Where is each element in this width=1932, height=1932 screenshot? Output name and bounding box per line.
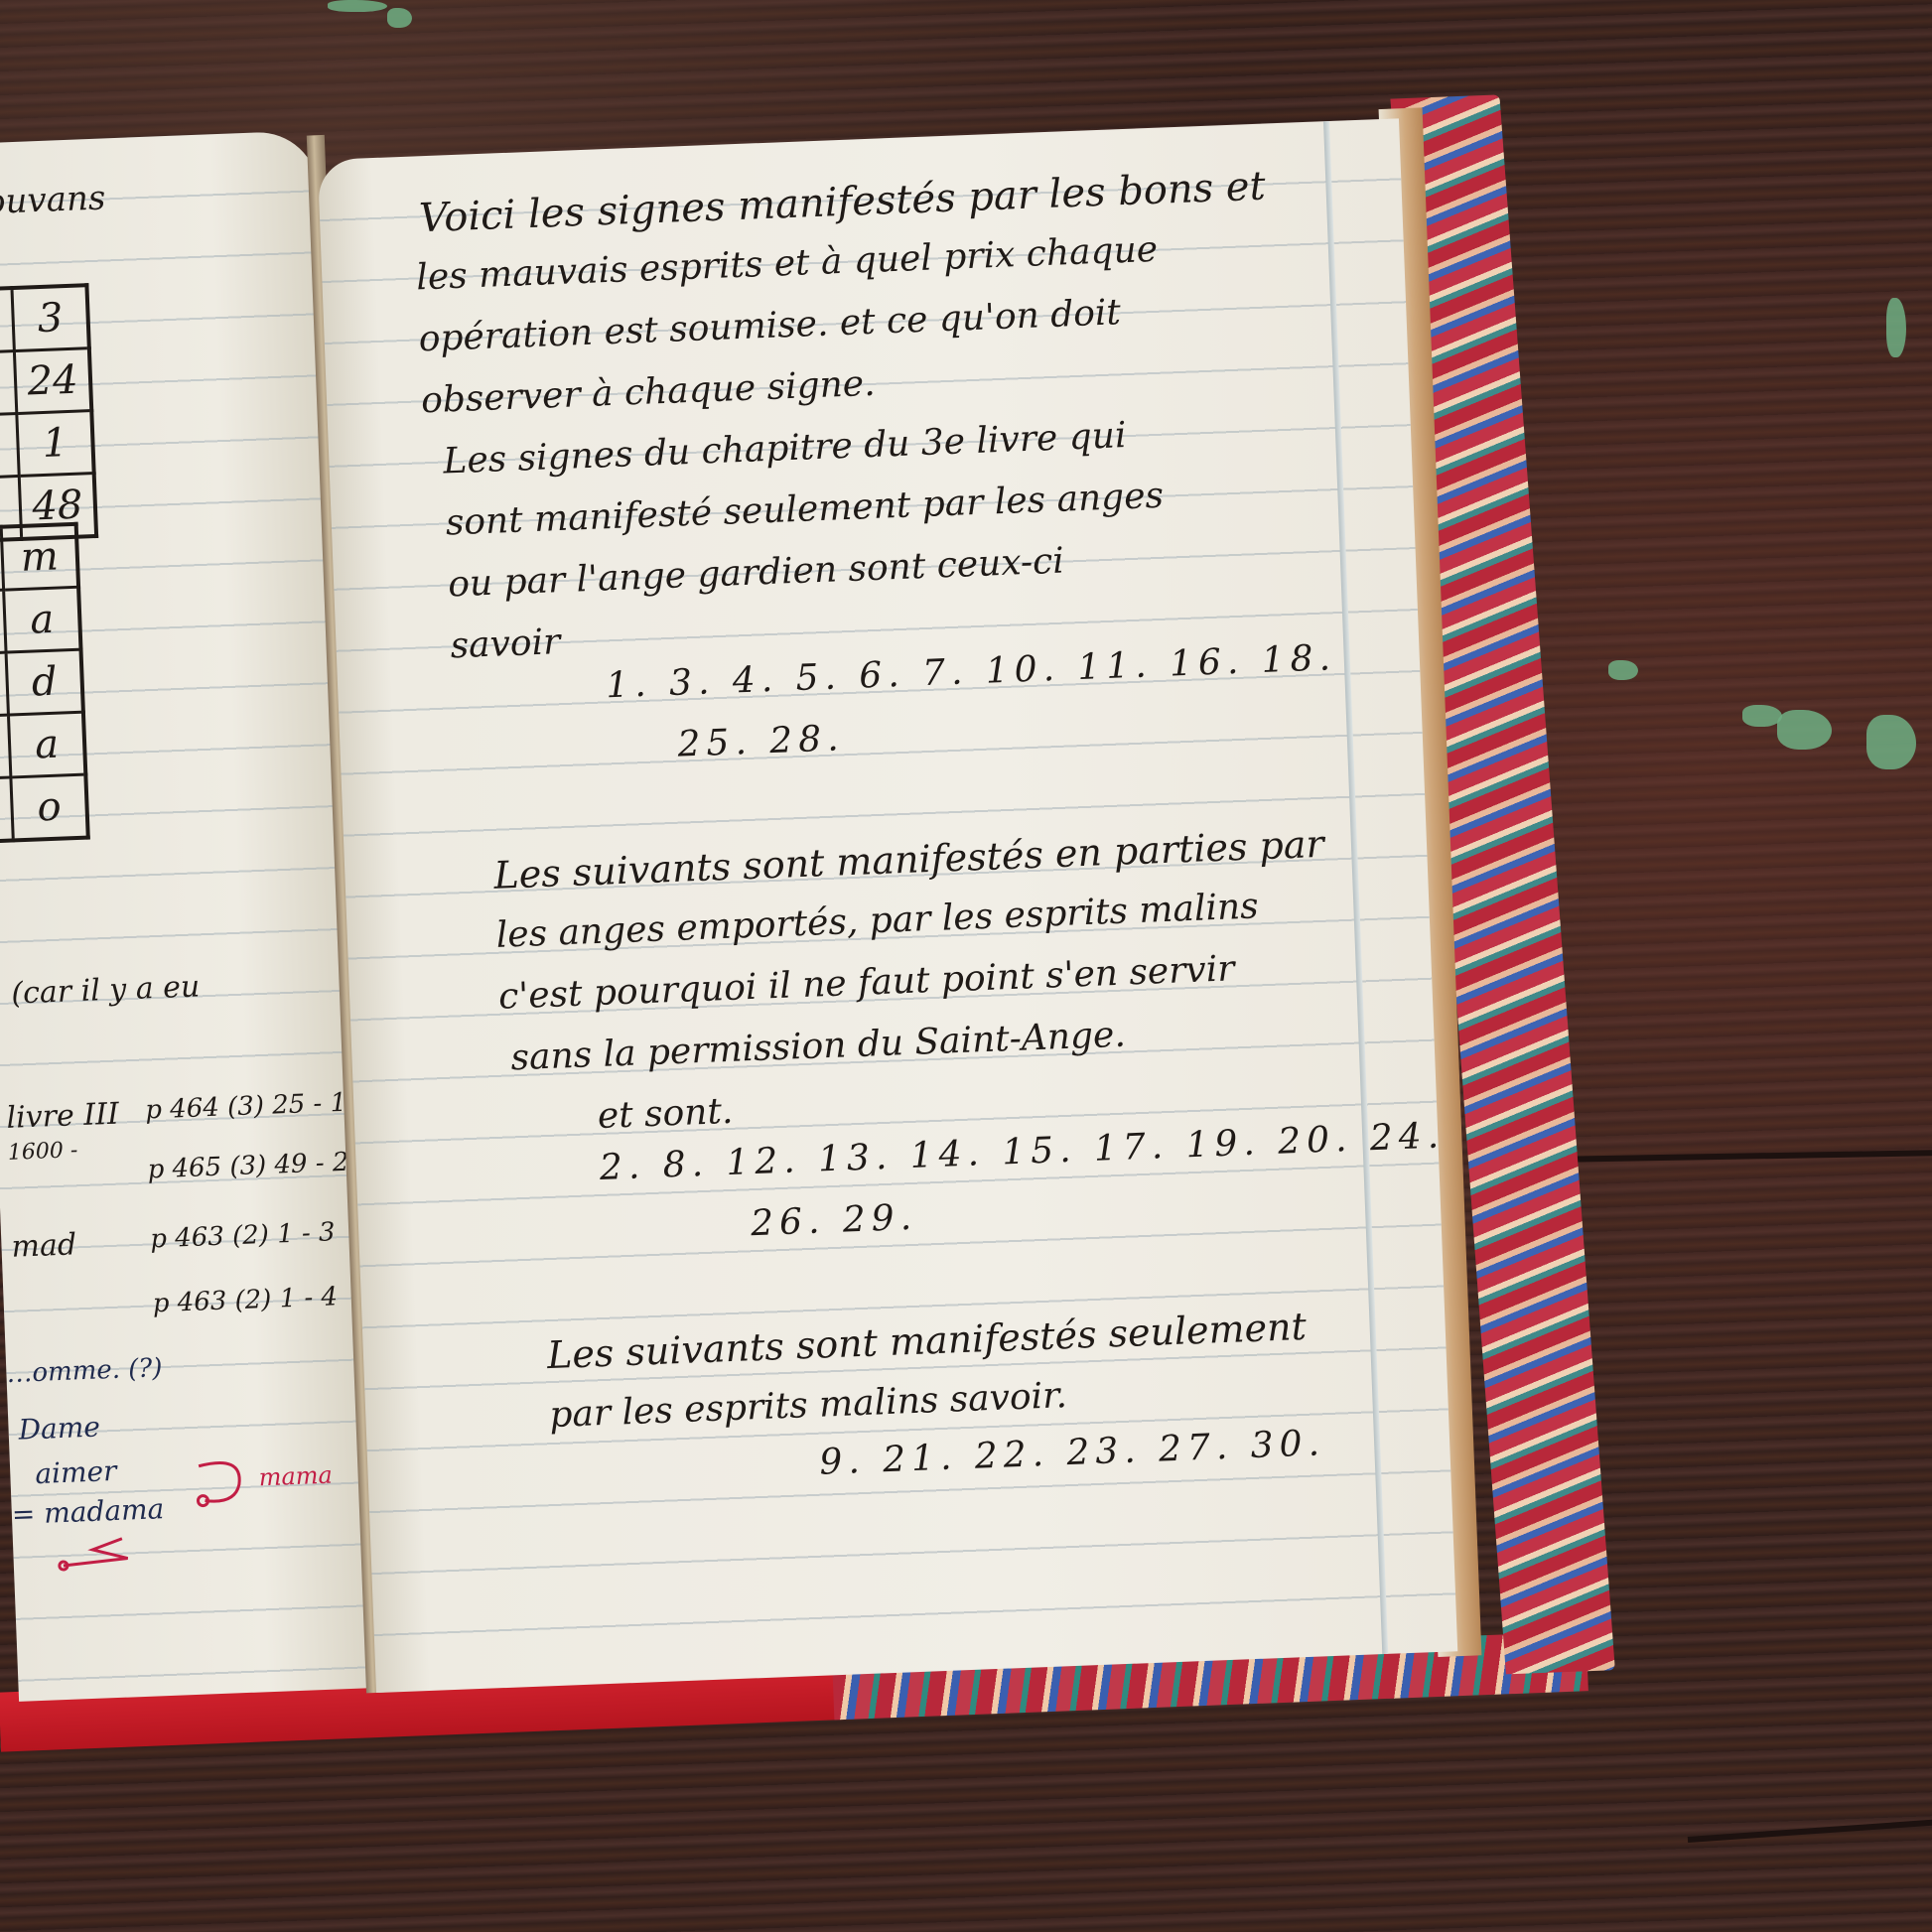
note-line: …omme. (?): [6, 1353, 163, 1389]
number-grid: 4 3 3 24 0 1 8 48: [0, 283, 98, 544]
paint-flake: [1886, 298, 1906, 357]
paint-flake: [328, 0, 387, 12]
grid-cell: 24: [14, 348, 91, 414]
curved-arrow-icon: [189, 1453, 260, 1516]
grid-cell: a: [4, 587, 81, 652]
sign-list-mixed-cont: 26. 29.: [750, 1197, 917, 1244]
grid-cell: o: [11, 774, 88, 840]
swap-arrow-icon: [53, 1528, 144, 1581]
grid-row: 0 1: [0, 411, 94, 480]
note-line: = madama: [11, 1492, 165, 1531]
note-line: mad: [11, 1227, 77, 1264]
note-line: Dame: [18, 1411, 100, 1447]
note-line: livre III: [6, 1097, 120, 1136]
letter-grid: m a d a o: [0, 522, 90, 846]
right-page: Voici les signes manifestés par les bons…: [318, 118, 1458, 1693]
intro-line: savoir: [450, 621, 561, 666]
paragraph-line: et sont.: [597, 1091, 734, 1137]
grid-cell: m: [1, 524, 78, 590]
grid-cell: 3: [12, 285, 89, 350]
plank-gap: [1688, 1819, 1932, 1843]
notebook: …ouvans 4 3 3 24 0 1 8 48 m a d a: [0, 104, 1831, 1861]
grid-cell: d: [6, 649, 83, 715]
sign-list-angels-cont: 25. 28.: [677, 718, 845, 764]
red-annotation: mama: [258, 1461, 333, 1492]
grid-row: 3 24: [0, 348, 91, 417]
heading-fragment: …ouvans: [0, 178, 106, 223]
note-line: 1600 -: [7, 1138, 77, 1166]
grid-cell: a: [8, 712, 85, 777]
grid-row: 4 3: [0, 285, 89, 353]
grid-cell: 1: [17, 411, 94, 477]
paint-flake: [1866, 715, 1916, 769]
note-line: aimer: [35, 1454, 117, 1490]
paint-flake: [387, 8, 412, 28]
